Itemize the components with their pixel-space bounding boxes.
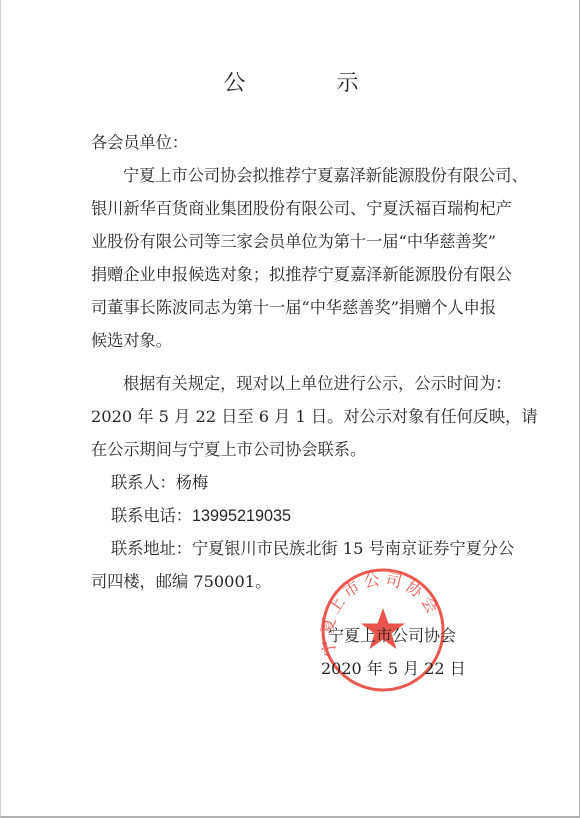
contact-address-line2: 司四楼，邮编 750001。 (91, 572, 271, 592)
salutation: 各会员单位： (91, 133, 188, 153)
contact-address: 联系地址：宁夏银川市民族北街 15 号南京证券宁夏分公 (111, 539, 514, 559)
page-title: 公 示 (1, 66, 580, 97)
paragraph-1-line-4: 捐赠企业申报候选对象；拟推荐宁夏嘉泽新能源股份有限公 (91, 265, 512, 285)
paragraph-1-line-3: 业股份有限公司等三家会员单位为第十一届“中华慈善奖” (91, 232, 496, 252)
contact-phone-number: 13995219035 (192, 507, 291, 525)
paragraph-1-line-1: 宁夏上市公司协会拟推荐宁夏嘉泽新能源股份有限公司、 (123, 166, 528, 186)
contact-person: 联系人：杨梅 (111, 473, 208, 493)
signature-date: 2020 年 5 月 22 日 (321, 656, 466, 679)
paragraph-1-line-5: 司董事长陈波同志为第十一届“中华慈善奖”捐赠个人申报 (91, 298, 496, 318)
contact-address-label: 联系地址： (111, 539, 192, 558)
paragraph-1-line-2: 银川新华百货商业集团股份有限公司、宁夏沃福百瑞枸杞产 (91, 199, 512, 219)
contact-address-line1: 宁夏银川市民族北街 15 号南京证券宁夏分公 (192, 539, 514, 558)
paragraph-2-line-3: 在公示期间与宁夏上市公司协会联系。 (91, 440, 366, 460)
paragraph-2-line-2: 2020 年 5 月 22 日至 6 月 1 日。对公示对象有任何反映，请 (91, 407, 538, 427)
document-page: 公 示 各会员单位： 宁夏上市公司协会拟推荐宁夏嘉泽新能源股份有限公司、 银川新… (0, 0, 580, 818)
contact-person-name: 杨梅 (176, 473, 208, 492)
contact-phone: 联系电话：13995219035 (111, 506, 291, 526)
paragraph-1-line-6: 候选对象。 (91, 331, 172, 351)
contact-person-label: 联系人： (111, 473, 176, 492)
signature-organization: 宁夏上市公司协会 (328, 623, 456, 646)
paragraph-2-line-1: 根据有关规定，现对以上单位进行公示，公示时间为： (123, 374, 512, 394)
contact-phone-label: 联系电话： (111, 506, 192, 525)
